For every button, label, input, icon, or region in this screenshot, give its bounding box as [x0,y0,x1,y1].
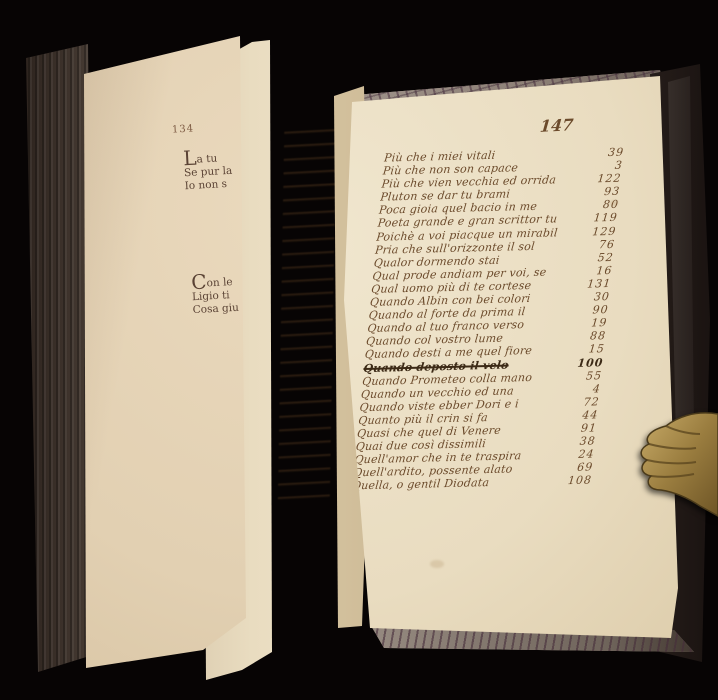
index-entry-page-number: 108 [557,474,592,488]
paper-stain [430,560,444,568]
index-entry-page-number: 38 [561,434,596,448]
right-page-number: 147 [539,115,574,136]
paper-stain [610,200,618,206]
left-page-number: 134 [172,123,195,135]
open-book-photo: 147 Più che i miei vitali 39 Più che non… [0,0,718,700]
index-entry-page-number: 30 [575,290,610,304]
index-entry-page-number: 76 [580,238,615,252]
index-entry-page-number: 44 [564,408,599,422]
index-entry-page-number: 55 [568,369,603,383]
index-entry-page-number: 24 [560,448,595,462]
index-entry-page-number: 119 [583,211,618,225]
index-entry-page-number: 91 [562,421,597,435]
index-entry-page-number: 4 [566,382,601,396]
index-entry-page-number: 88 [571,329,606,343]
manuscript-index-list: Più che i miei vitali 39 Più che non son… [351,146,624,493]
printed-stanza-2: Con le Ligio ti Cosa giu [191,275,239,317]
index-entry-page-number: 122 [587,172,622,186]
index-entry-page-number: 129 [582,224,617,238]
index-entry-page-number: 15 [570,343,605,357]
index-entry-page-number: 90 [574,303,609,317]
index-entry-page-number: 52 [579,251,614,265]
index-entry-page-number: 69 [559,461,594,475]
printed-stanza-1: La tu Se pur la Io non s [183,151,233,193]
index-entry-page-number: 72 [565,395,600,409]
index-entry-page-number: 16 [578,264,613,278]
illegible-handwriting-column [278,124,337,508]
index-entry-page-number: 93 [586,185,621,199]
index-entry-page-number: 3 [588,159,623,173]
index-entry-page-number: 100 [569,356,604,370]
index-entry-page-number: 131 [577,277,612,291]
brass-hand-clasp-icon [638,410,718,522]
index-entry-page-number: 19 [573,316,608,330]
index-entry-page-number: 39 [589,146,624,160]
